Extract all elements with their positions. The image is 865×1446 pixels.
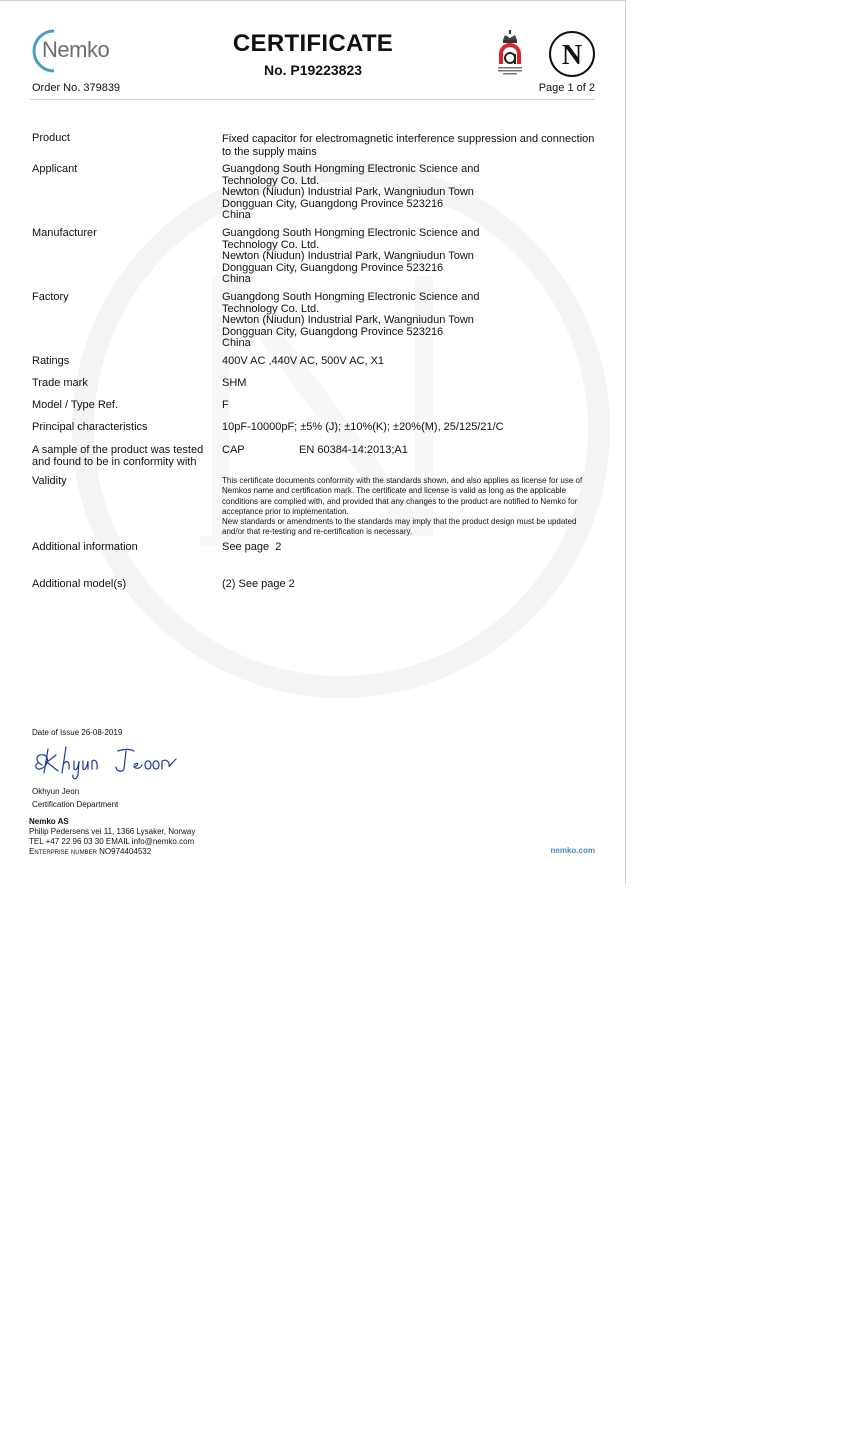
field-label: and found to be in conformity with [32,457,212,469]
field-label: Factory [32,292,212,304]
address-line: Guangdong South Hongming Electronic Scie… [222,292,602,304]
address-line: China [222,210,602,222]
field-value: (2) See page 2 [222,579,602,591]
field-value: Fixed capacitor for electromagnetic inte… [222,133,602,158]
field-label: Trade mark [32,378,212,390]
enterprise-number: Enterprise number NO974404532 [29,847,151,856]
field-label: A sample of the product was tested [32,445,212,457]
address-line: Dongguan City, Guangdong Province 523216 [222,199,602,211]
field-value: See page 2 [222,542,602,554]
department: Certification Department [32,800,118,809]
field-label: Validity [32,476,212,488]
standard-code: CAP [222,445,299,457]
certificate-number: No. P19223823 [213,62,413,78]
certificate-page: Nemko CERTIFICATE No. P19223823 N Order … [0,0,626,884]
field-label: Model / Type Ref. [32,400,212,412]
page-indicator: Page 1 of 2 [520,82,595,94]
header-divider [30,99,595,100]
field-label: Ratings [32,356,212,368]
standard-name: EN 60384-14:2013;A1 [299,444,408,456]
validity-note: New standards or amendments to the stand… [222,517,592,538]
field-label: Additional information [32,542,212,554]
address-line: China [222,274,602,286]
nemko-logo: Nemko [30,28,130,74]
document-title: CERTIFICATE [213,30,413,58]
company-contact: TEL +47 22 96 03 30 EMAIL info@nemko.com [29,837,194,846]
signature-icon [30,743,180,783]
address-line: Guangdong South Hongming Electronic Scie… [222,228,602,240]
address-line: China [222,338,602,350]
date-of-issue: Date of Issue 26-08-2019 [32,728,122,737]
company-address: Philip Pedersens vei 11, 1366 Lysaker, N… [29,827,195,836]
field-value: 10pF-10000pF; ±5% (J); ±10%(K); ±20%(M),… [222,422,602,434]
company-name: Nemko AS [29,817,69,826]
field-label: Applicant [32,164,212,176]
n-certification-mark-icon: N [548,30,596,78]
address-line: Guangdong South Hongming Electronic Scie… [222,164,602,176]
signer-name: Okhyun Jeon [32,787,79,796]
brand-name: Nemko [42,37,109,63]
validity-text: This certificate documents conformity wi… [222,476,592,517]
field-label: Product [32,133,212,145]
address-line: Dongguan City, Guangdong Province 523216 [222,327,602,339]
svg-text:N: N [562,40,582,71]
accreditation-crown-icon [494,30,526,78]
field-value: F [222,400,602,412]
field-label: Principal characteristics [32,422,212,434]
field-value: 400V AC ,440V AC, 500V AC, X1 [222,356,602,368]
field-label: Additional model(s) [32,579,212,591]
website-link[interactable]: nemko.com [540,846,595,855]
field-label: Manufacturer [32,228,212,240]
field-value: SHM [222,378,602,390]
address-line: Dongguan City, Guangdong Province 523216 [222,263,602,275]
order-number: Order No. 379839 [32,82,120,94]
